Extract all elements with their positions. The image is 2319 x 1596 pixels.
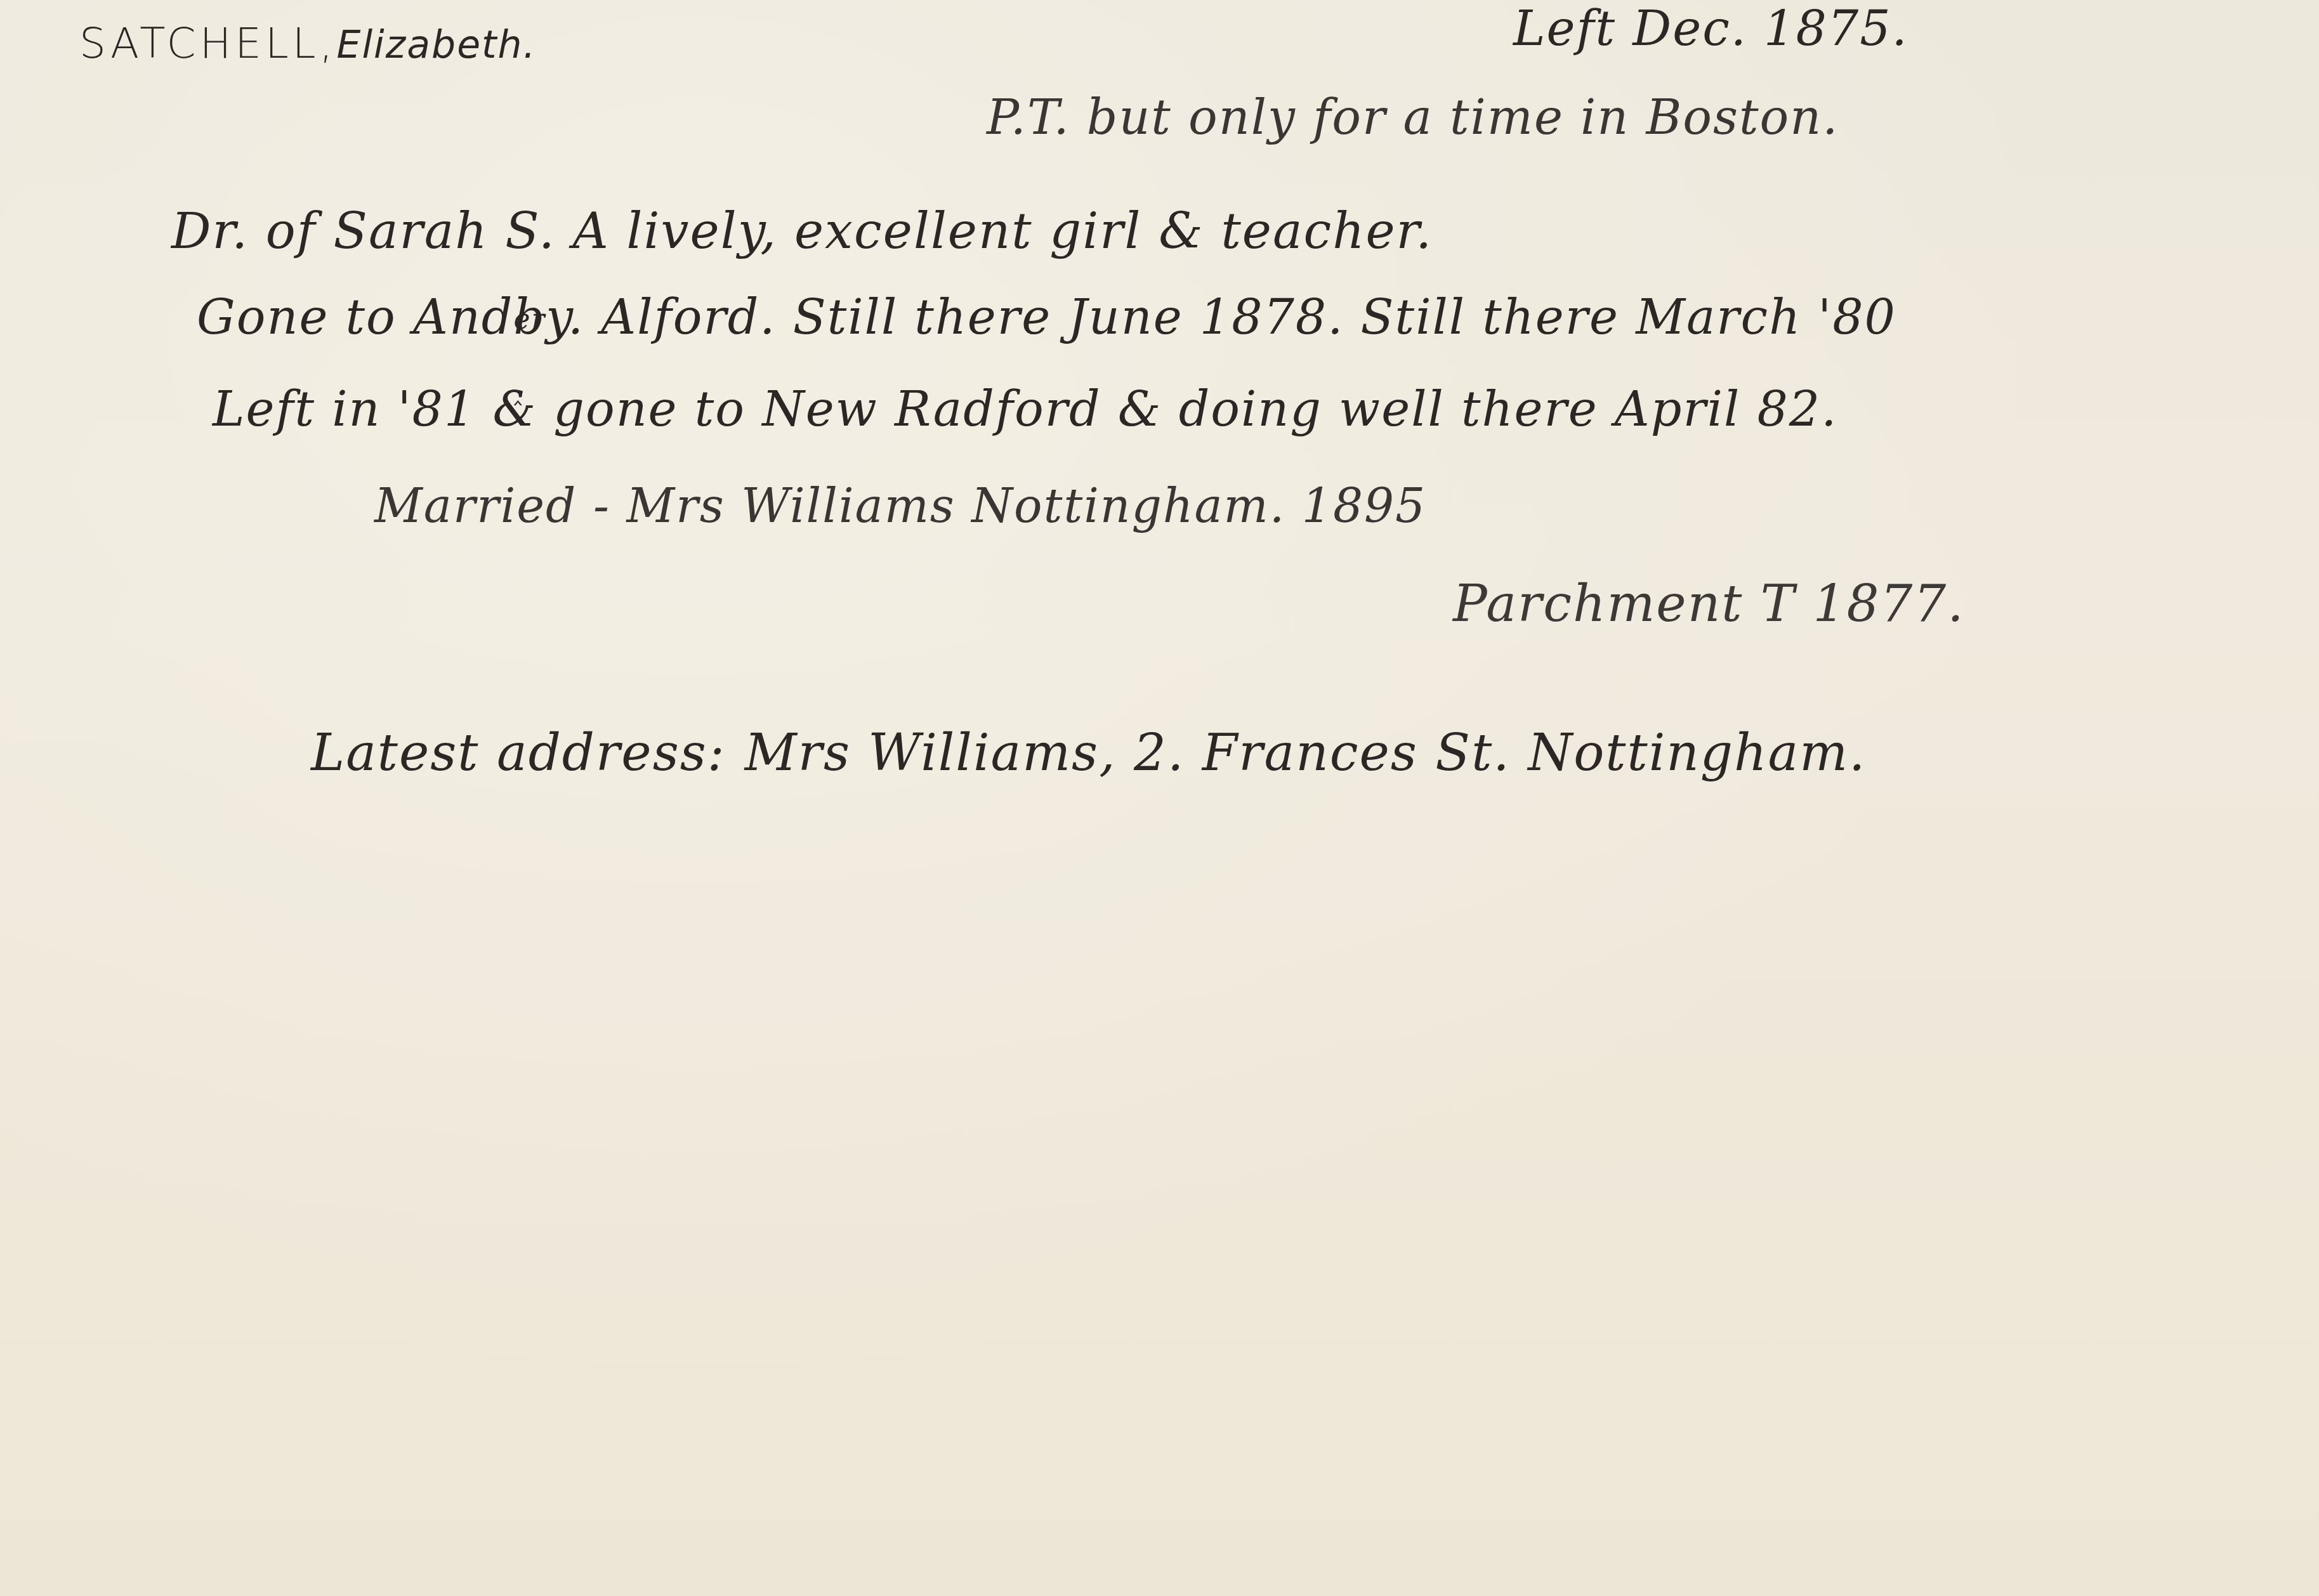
entry-line-3: Left in '81 & gone to New Radford & doin…: [213, 381, 1837, 437]
latest-address: Latest address:Mrs Williams, 2. Frances …: [311, 723, 1866, 782]
entry-line-2-after: by. Alford. Still there June 1878. Still…: [514, 289, 1896, 345]
record-name-heading: SATCHELL,Elizabeth.: [79, 19, 537, 68]
pt-note: P.T. but only for a time in Boston.: [987, 89, 1839, 145]
entry-line-2: Gone to Ander‸by. Alford. Still there Ju…: [197, 289, 1896, 345]
given-name: Elizabeth.: [337, 23, 537, 67]
latest-address-label: Latest address:: [311, 723, 726, 782]
inserted-text: er: [514, 303, 546, 336]
latest-address-value: Mrs Williams, 2. Frances St. Nottingham.: [745, 723, 1867, 782]
surname: SATCHELL,: [79, 19, 337, 68]
entry-line-1: Dr. of Sarah S. A lively, excellent girl…: [171, 203, 1433, 260]
entry-line-4-married: Married - Mrs Williams Nottingham. 1895: [374, 479, 1426, 533]
entry-line-2-before: Gone to And: [197, 289, 514, 345]
parchment-note: Parchment T 1877.: [1453, 574, 1965, 633]
left-date-note: Left Dec. 1875.: [1513, 0, 1908, 56]
